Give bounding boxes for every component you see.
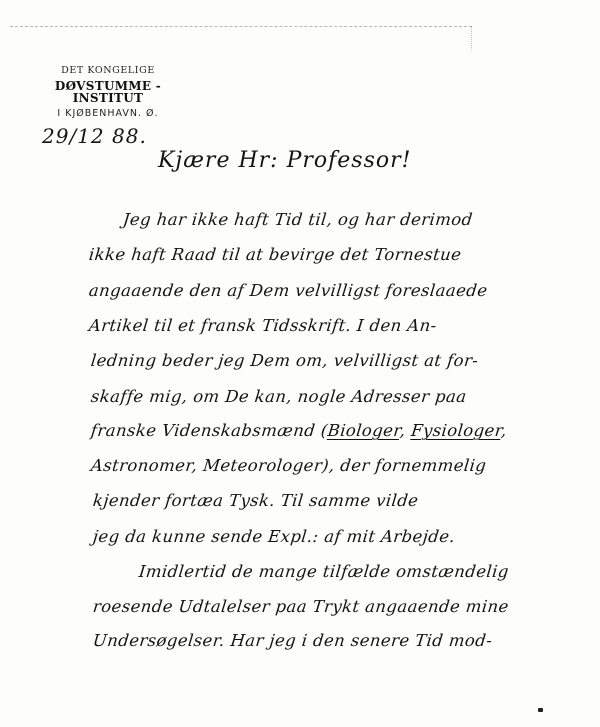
body-line-12: roesende Udtalelser paa Trykt angaaende … — [92, 597, 510, 616]
body-line-11: Imidlertid de mange tilfælde omstændelig — [138, 562, 510, 581]
comma: , — [500, 421, 508, 440]
body-line-7: franske Videnskabsmænd (Biologer, Fysiol… — [90, 421, 508, 440]
underlined-word-biologer: Biologer — [327, 421, 401, 440]
letter-date: 29/12 88. — [42, 124, 147, 148]
underlined-word-fysiologer: Fysiologer — [410, 421, 502, 440]
body-line-2: ikke haft Raad til at bevirge det Tornes… — [88, 245, 462, 264]
body-line-3: angaaende den af Dem velvilligst foresla… — [88, 281, 488, 300]
body-line-5: ledning beder jeg Dem om, velvilligst at… — [90, 351, 479, 370]
ink-speck — [538, 708, 543, 712]
body-line-1: Jeg har ikke haft Tid til, og har derimo… — [122, 210, 474, 229]
top-edge-rule — [10, 26, 472, 27]
letterhead: DET KONGELIGE DØVSTUMME - INSTITUT I KJØ… — [28, 66, 188, 118]
letterhead-institute-name: DØVSTUMME - INSTITUT — [28, 80, 188, 104]
body-line-8: Astronomer, Meteorologer), der fornemmel… — [90, 456, 487, 475]
body-line-6: skaffe mig, om De kan, nogle Adresser pa… — [90, 387, 468, 406]
body-line-10: jeg da kunne sende Expl.: af mit Arbejde… — [92, 527, 456, 546]
body-line-4: Artikel til et fransk Tidsskrift. I den … — [88, 316, 438, 335]
body-line-7-text: franske Videnskabsmænd ( — [90, 421, 329, 440]
top-edge-tick — [471, 26, 472, 50]
letterhead-location: I KJØBENHAVN. Ø. — [28, 109, 188, 119]
body-line-9: kjender fortæa Tysk. Til samme vilde — [92, 491, 419, 510]
body-line-13: Undersøgelser. Har jeg i den senere Tid … — [92, 631, 493, 650]
letterhead-line-1: DET KONGELIGE — [28, 66, 188, 76]
letter-page: DET KONGELIGE DØVSTUMME - INSTITUT I KJØ… — [0, 0, 600, 727]
salutation: Kjære Hr: Professor! — [158, 148, 411, 173]
